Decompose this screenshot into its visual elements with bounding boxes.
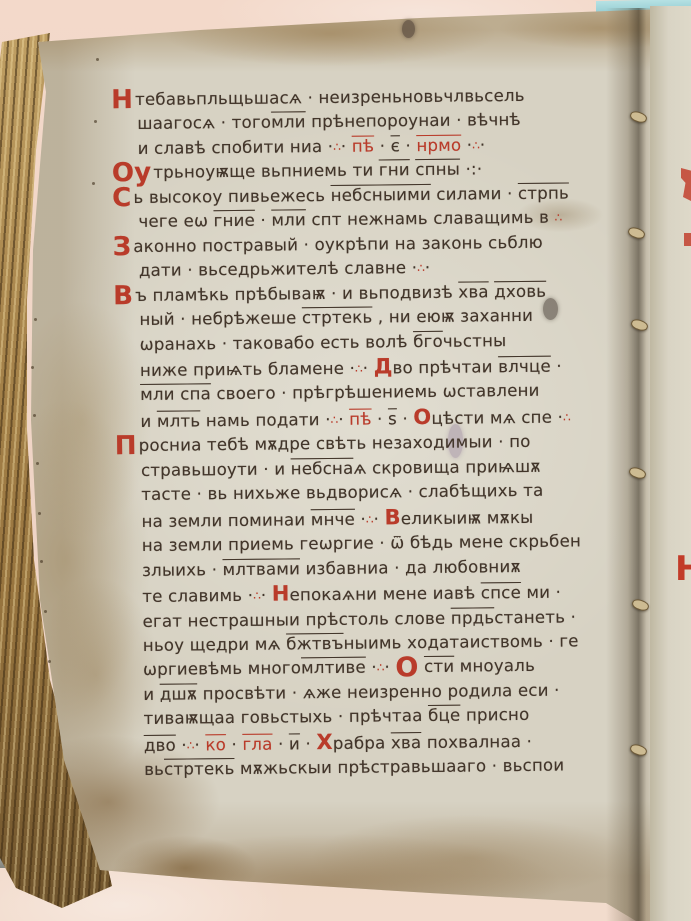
rubric-text: ∴ — [331, 413, 339, 427]
rubric-text: ∴ — [187, 738, 195, 752]
body-text: · — [372, 409, 389, 428]
body-text: епокаѧни мене иавѣ — [289, 583, 481, 604]
rubric-text: ∴ — [563, 410, 571, 424]
body-text: стрпь — [518, 183, 569, 203]
pricking-hole — [31, 366, 34, 369]
pricking-hole — [40, 560, 43, 563]
body-text: млтиве — [301, 658, 366, 678]
body-text: те славимь · — [142, 586, 253, 606]
body-text: шаагосѧ · того — [137, 113, 271, 133]
rubric-text: ∴ — [253, 589, 261, 603]
body-text: хва — [458, 282, 489, 301]
rubric-text: Н — [272, 581, 290, 605]
pricking-hole — [94, 120, 97, 123]
body-text: небсныими — [331, 185, 431, 205]
body-text: во прѣчтаи — [392, 357, 498, 377]
body-text: прдь — [451, 608, 495, 627]
rubric-text: ∴ — [417, 261, 425, 275]
rubric-text: ко — [205, 735, 226, 754]
rubric-initial: Н — [111, 90, 133, 110]
rubric-initial: С — [112, 188, 131, 208]
body-text: тиваѭщаа говьстыхь · прѣчтаа — [144, 706, 429, 728]
rubric-text: Х — [316, 730, 333, 754]
rubric-initial: В — [113, 286, 133, 306]
body-text: еликыиѭ мѫкы — [401, 508, 534, 528]
body-text: мли — [271, 113, 306, 132]
body-text: · — [176, 735, 187, 754]
body-text: похвалнаа · — [421, 732, 532, 752]
body-text: силами · — [431, 184, 518, 204]
body-text: влчце — [498, 357, 551, 377]
body-text: тебавьпльщьшасѧ · неизреньновьчлвьсель — [135, 86, 525, 109]
rubric-text: О — [395, 653, 418, 684]
body-text: · — [261, 586, 272, 605]
body-text: мли спа — [140, 385, 211, 405]
body-text: и славѣ спобити ниа · — [138, 137, 334, 158]
red-letter-fragment: Н — [675, 548, 691, 592]
rubric-initial: П — [115, 436, 137, 456]
body-text: аконно постравый · оукрѣпи на законь сьб… — [133, 232, 543, 255]
manuscript-photo: Н Нтебавьпльщьшасѧ · неизреньновьчлвьсел… — [0, 0, 691, 921]
body-text: росниа тебѣ мѫдре свѣть незаходимыи · по — [139, 432, 531, 455]
body-text: · — [194, 735, 205, 754]
body-text: мѫжьскыи прѣстравьшааго · вьспои — [234, 756, 564, 778]
body-text: · — [461, 135, 472, 154]
text-block: Нтебавьпльщьшасѧ · неизреньновьчлвьсельш… — [137, 83, 660, 783]
body-text: ньоу щедри мѧ — [143, 634, 287, 655]
rubric-text: пѣ — [349, 409, 372, 428]
body-text: спсе — [481, 583, 521, 602]
body-text: стртекь — [164, 759, 235, 779]
red-letter-fragment — [684, 233, 691, 246]
body-text: прѣнепороунаи · вѣчнѣ — [306, 110, 521, 131]
body-text: ѡргиевѣмь много — [143, 659, 301, 680]
body-text: трьноуѭще вьпниемь ти — [153, 161, 379, 182]
body-text: намь подати · — [200, 410, 331, 430]
body-text: · — [355, 509, 366, 528]
body-text: · — [397, 409, 414, 428]
rubric-text: ∴ — [555, 211, 563, 225]
body-text: на земли приемь геѡргие · ѿ бѣдь мене ск… — [142, 532, 581, 556]
body-text: гние — [214, 211, 256, 230]
body-text: ѡранахь · таковабо есть волѣ — [140, 332, 414, 354]
body-text: млть — [157, 411, 201, 430]
body-text: · — [338, 410, 349, 429]
body-text: спт нежнамь славащимь в — [306, 208, 555, 230]
body-text: мнче — [311, 509, 355, 528]
facing-page-letter: Н — [675, 549, 691, 589]
body-text: · — [374, 136, 391, 155]
rubric-text: нрмо — [416, 136, 461, 155]
body-text: станеть · — [494, 607, 576, 627]
body-text: ъ пламѣкь прѣбываѭ · и вьподвизѣ — [135, 282, 458, 304]
body-text: рабра — [333, 733, 391, 753]
rubric-text: Д — [374, 354, 393, 378]
body-text: гни — [379, 161, 410, 180]
body-text: дховь — [494, 281, 546, 301]
body-text: и — [143, 685, 160, 704]
body-text: · — [272, 734, 289, 753]
body-text: бго — [413, 331, 443, 350]
body-text: и — [140, 412, 157, 431]
body-text: дшѫ — [160, 684, 198, 703]
body-text: ниже приѩть бламене · — [140, 359, 355, 380]
rubric-initial: Оу — [112, 163, 152, 183]
body-text: тасте · вь нихьже вьдворисѧ · слабѣщихь … — [141, 481, 543, 504]
body-text: · — [363, 359, 374, 378]
rubric-initial: З — [113, 237, 132, 257]
body-text: ми · — [521, 583, 561, 602]
rubric-text: В — [384, 505, 400, 529]
body-text: и — [289, 734, 300, 753]
rubric-text: пѣ — [352, 136, 375, 155]
body-text: стртекь — [302, 308, 373, 328]
body-text: присно — [460, 705, 529, 725]
pricking-hole — [34, 318, 37, 321]
body-text: · — [425, 258, 431, 277]
body-text: · — [255, 211, 272, 230]
body-text: чеге еѡ — [138, 211, 213, 231]
body-text: бце — [428, 706, 461, 725]
pricking-hole — [36, 462, 39, 465]
body-text: бжтвъ — [286, 634, 344, 654]
body-text: чьстны — [443, 331, 507, 351]
body-text: егат нестрашныи прѣстоль слове — [142, 608, 450, 630]
pricking-hole — [44, 610, 47, 613]
body-text: · — [226, 735, 243, 754]
body-text: · — [400, 136, 417, 155]
rubric-text: ∴ — [355, 362, 363, 376]
body-text: · — [300, 734, 317, 753]
body-text: цѣсти мѧ спе · — [431, 407, 563, 427]
body-text: ь высокоу пивьежесь — [133, 186, 330, 207]
body-text: дати · вьседрьжителѣ славне · — [139, 258, 418, 280]
body-text: стравьшоути · и — [141, 459, 291, 480]
body-text: на земли поминаи — [141, 510, 310, 531]
ink-smudge — [402, 20, 415, 38]
body-text: ныимь ходатаиствомь · ге — [343, 631, 578, 652]
body-text: своего · прѣгрѣшениемь ѡставлени — [211, 381, 540, 403]
rubric-text: О — [413, 405, 431, 429]
body-text: вь — [144, 760, 164, 779]
body-text: ѧ скровища приѩшѫ — [353, 457, 540, 478]
body-text: · — [551, 357, 562, 376]
body-text: · — [341, 137, 352, 156]
body-text: спны — [415, 160, 460, 179]
body-text: мли — [271, 211, 306, 230]
pricking-hole — [48, 660, 51, 663]
pricking-hole — [33, 414, 36, 417]
pricking-hole — [92, 182, 95, 185]
body-text: · — [374, 509, 385, 528]
body-text: избавниа · да любовниѫ — [300, 557, 521, 578]
body-text: · — [366, 658, 377, 677]
rubric-text: гла — [242, 734, 272, 753]
pricking-hole — [38, 512, 41, 515]
body-text: дво — [144, 735, 176, 754]
pricking-hole — [96, 58, 99, 61]
body-text: небсна — [291, 459, 354, 479]
body-text: просвѣти · ѧже неизренно родила еси · — [197, 680, 560, 703]
body-text: · — [384, 658, 395, 677]
body-text: млтвами — [222, 559, 300, 579]
body-text: сти — [424, 657, 454, 676]
body-text: · — [480, 135, 486, 154]
body-text: хва — [391, 733, 422, 752]
body-text: ный · небрѣжеше — [139, 308, 302, 329]
body-text: мноуаль — [454, 656, 535, 676]
body-text: злыихь · — [142, 560, 223, 580]
body-text: ·:· — [460, 160, 482, 179]
body-text: , ни еюѭ заханни — [372, 306, 533, 327]
